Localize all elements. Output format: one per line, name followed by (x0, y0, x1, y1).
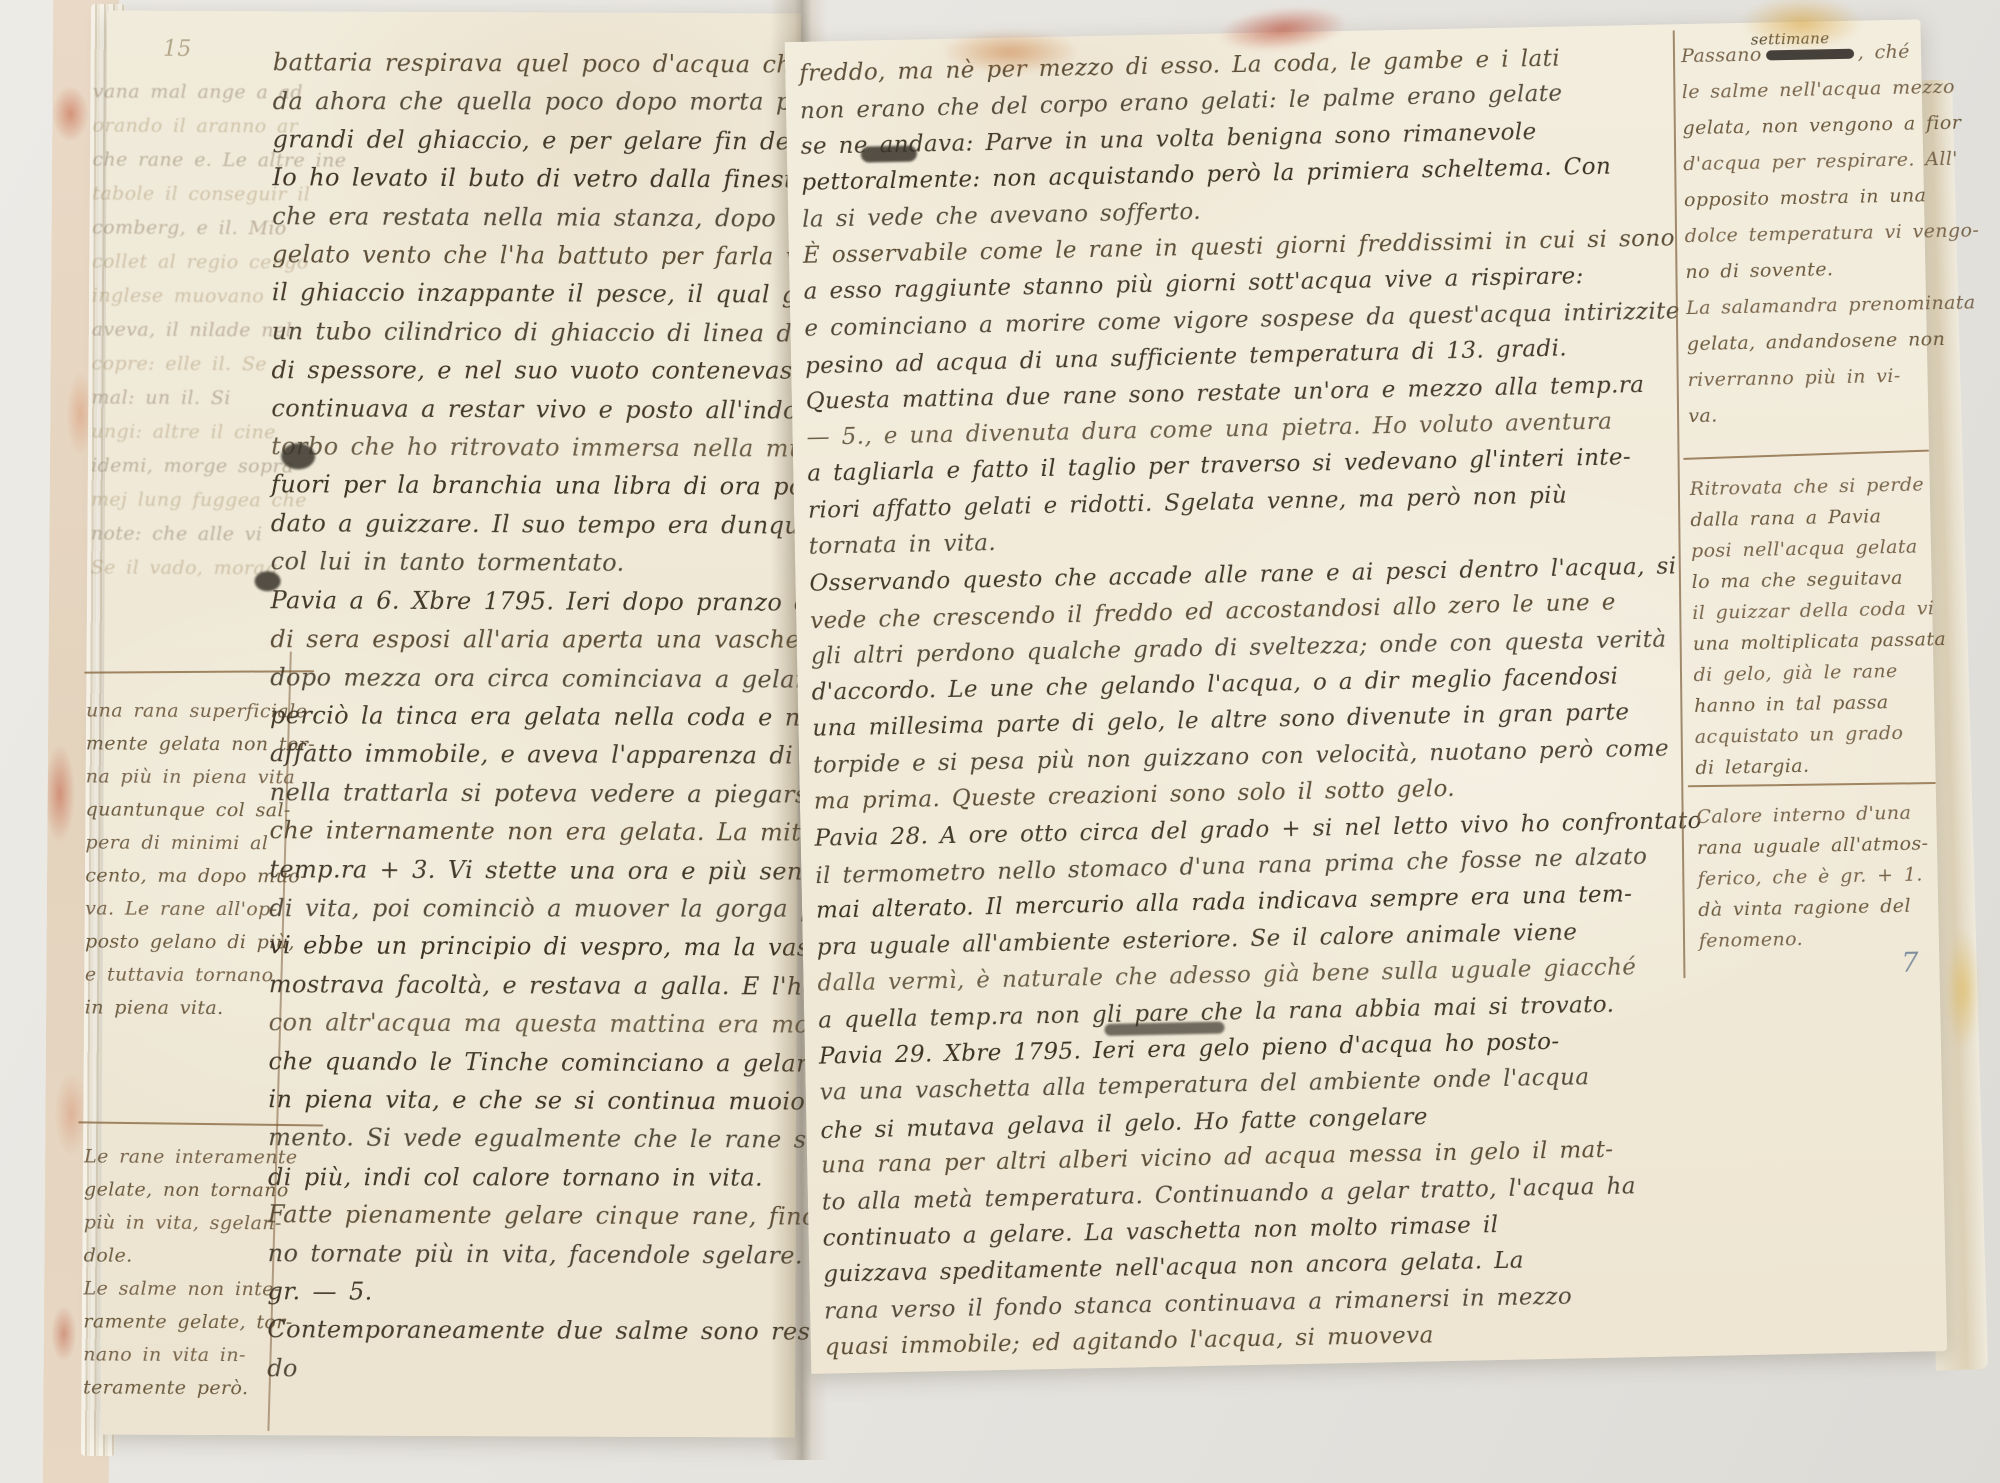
margin-note-line: teramente però. (83, 1371, 268, 1405)
bleedthrough-margin-note: vana mal ange a adorando il aranno arche… (91, 74, 273, 585)
margin-note-line: Le salme non inte- (83, 1272, 268, 1306)
ink-blot (281, 443, 315, 469)
page-number: 7 (1901, 948, 1919, 979)
manuscript-line: perciò la tinca era gelata nella coda e … (270, 696, 790, 737)
bleedthrough-line: mej lung fuggea che (91, 482, 271, 517)
margin-note-line: posto gelano di più, (85, 925, 270, 959)
manuscript-line: in piena vita, e che se si continua muoi… (268, 1080, 788, 1121)
manuscript-line: un tubo cilindrico di ghiaccio di linea … (272, 312, 792, 353)
ink-blot (1104, 1022, 1224, 1036)
left-margin-note-upper: una rana superficialemente gelata non to… (85, 694, 271, 1025)
margin-note-line: posi nell'acqua gelata (1691, 531, 1922, 567)
margin-note-line: va. (1688, 393, 1919, 434)
manuscript-line: di vita, poi cominciò a muover la gorga … (269, 889, 789, 928)
margin-note-line: pera di minimi al (85, 826, 270, 860)
margin-note-line: nano in vita in- (83, 1338, 268, 1372)
bleedthrough-line: tabole il conseguir il (92, 176, 272, 211)
margin-note-line: una moltiplicata passata (1693, 624, 1924, 660)
bleedthrough-line: Se il vado, morag (91, 550, 271, 585)
manuscript-line: che internamente non era gelata. La mità… (269, 811, 789, 852)
margin-note-line: Le rane interamente (84, 1140, 269, 1174)
manuscript-line: mostrava facoltà, e restava a galla. E l… (269, 965, 789, 1006)
manuscript-line: continuava a restar vivo e posto all'ind… (271, 389, 791, 430)
margin-note-line: va. Le rane all'op- (85, 892, 270, 926)
manuscript-line: Fatte pienamente gelare cinque rane, fin… (268, 1195, 788, 1236)
right-margin-note-mid: Ritrovata che si perdedalla rana a Pavia… (1689, 469, 1925, 784)
margin-note-line: le salme nell'acqua mezzo (1681, 70, 1912, 111)
manuscript-line: di spessore, e nel suo vuoto contenevasi… (272, 351, 792, 390)
margin-note-line: gelata, andandosene non (1687, 321, 1918, 362)
bleedthrough-line: mal: un il. Si (91, 380, 271, 415)
manuscript-line: dato a guizzare. Il suo tempo era dunque… (271, 504, 791, 545)
folio-mark: 15 (163, 37, 192, 62)
bleedthrough-line: aveva, il nilade nel (92, 312, 272, 347)
margin-note-line: ramente gelate, tor- (83, 1305, 268, 1339)
manuscript-line: gr. — 5. (267, 1272, 787, 1313)
margin-note-line: quantunque col sal- (86, 793, 271, 827)
bleedthrough-line: collet al regio cengo (92, 244, 272, 279)
margin-note-line: dà vinta ragione del (1698, 890, 1929, 926)
manuscript-line: di più, indi col calore tornano in vita. (268, 1158, 788, 1197)
margin-note-line: Calore interno d'una (1696, 797, 1927, 833)
margin-note-line: hanno in tal passa (1694, 686, 1925, 722)
manuscript-line: fuori per la branchia una libra di ora p… (271, 466, 791, 507)
margin-note-line: acquistato un grado (1694, 717, 1925, 753)
margin-note-line: dole. (84, 1239, 269, 1273)
manuscript-line: Io ho levato il buto di vetro dalla fine… (272, 158, 792, 199)
manuscript-line: affatto immobile, e aveva l'apparenza di… (270, 735, 790, 776)
bleedthrough-line: che rane e. Le altre ine (92, 142, 272, 177)
margin-note-line: no di sovente. (1685, 249, 1916, 290)
manuscript-line: che era restata nella mia stanza, dopo c… (272, 197, 792, 238)
margin-note-line: dalla rana a Pavia (1690, 500, 1921, 536)
right-margin-note-bottom: Calore interno d'unarana uguale all'atmo… (1696, 797, 1929, 957)
manuscript-line: battaria respirava quel poco d'acqua che… (273, 43, 793, 84)
manuscript-line: Contemporaneamente due salme sono restat… (267, 1311, 787, 1352)
left-margin-note-lower: Le rane interamentegelate, non tornanopi… (83, 1140, 269, 1405)
margin-note-line: dolce temperatura vi vengo- (1684, 213, 1915, 254)
manuscript-line: di sera esposi all'aria aperta una vasch… (270, 620, 790, 659)
manuscript-line: il ghiaccio inzappante il pesce, il qual… (272, 274, 792, 315)
manuscript-line: mento. Si vede egualmente che le rane si… (268, 1119, 788, 1160)
margin-note-line: più in vita, sgelan- (84, 1206, 269, 1240)
note-text-post: , ché (1857, 41, 1910, 64)
margin-note-line: ferico, che è gr. + 1. (1697, 859, 1928, 895)
margin-note-line: una rana superficiale (86, 694, 271, 728)
manuscript-line: dopo mezza ora circa cominciava a gelare… (270, 658, 790, 699)
margin-note-line: d'acqua per respirare. All' (1683, 142, 1914, 183)
manuscript-line: vi ebbe un principio di vespro, ma la va… (269, 927, 789, 968)
margin-note-line: fenomeno. (1699, 921, 1930, 957)
manuscript-line: no tornate più in vita, facendole sgelar… (268, 1234, 788, 1275)
margin-note-line: di gelo, già le rane (1693, 655, 1924, 691)
manuscript-line: che quando le Tinche cominciano a gelare… (268, 1042, 788, 1083)
right-page: freddo, ma nè per mezzo di esso. La coda… (785, 19, 1948, 1374)
note-text-pre: Passano (1681, 44, 1762, 68)
margin-note-line: mente gelata non tor- (86, 727, 271, 761)
manuscript-line: Pavia a 6. Xbre 1795. Ieri dopo pranzo d… (270, 581, 790, 622)
manuscript-line: temp.ra + 3. Vi stette una ora e più sen… (269, 850, 789, 891)
manuscript-line: da ahora che quella poco dopo morta per … (273, 83, 793, 122)
left-page: 15 vana mal ange a adorando il aranno ar… (101, 10, 801, 1437)
margin-note-line: lo ma che seguitava (1691, 562, 1922, 598)
bleedthrough-line: vana mal ange a ad (93, 74, 273, 109)
bleedthrough-line: inglese muovano (92, 278, 272, 313)
margin-note-line: il guizzar della coda vi (1692, 593, 1923, 629)
margin-note-line: di letargia. (1695, 748, 1926, 784)
margin-note-line: La salamandra prenominata (1686, 285, 1917, 326)
bleedthrough-line: copre: elle il. Se (91, 346, 271, 381)
ink-blot (861, 146, 917, 163)
manuscript-line: torbo che ho ritrovato immersa nella mud… (271, 427, 791, 468)
manuscript-line: gelato vento che l'ha battuto per farla … (272, 235, 792, 276)
gold-stain-edge (1946, 930, 1980, 1050)
margin-note-line: rana uguale all'atmos- (1697, 828, 1928, 864)
margin-note-line: Ritrovata che si perde (1689, 469, 1920, 505)
bleedthrough-line: note: che alle vi (91, 516, 271, 551)
margin-note-line: gelate, non tornano (84, 1173, 269, 1207)
manuscript-line: do (267, 1349, 787, 1390)
margin-note-line: cento, ma dopo muo- (85, 859, 270, 893)
margin-note-line: in piena vita. (85, 991, 270, 1025)
manuscript-line: con altr'acqua ma questa mattina era mor… (269, 1003, 789, 1044)
margin-note-line: na più in piena vita (86, 760, 271, 794)
bleedthrough-line: idemi, morge sopra (91, 448, 271, 483)
note-top-rest: le salme nell'acqua mezzogelata, non ven… (1681, 70, 1918, 435)
manuscript-line: col lui in tanto tormentato. (271, 542, 791, 583)
margin-note-line: e tuttavia tornano (85, 958, 270, 992)
bleedthrough-line: orando il aranno ar (93, 108, 273, 143)
left-page-text: battaria respirava quel poco d'acqua che… (267, 43, 793, 1389)
ink-blot (255, 571, 281, 591)
margin-note-line: riverranno più in vi- (1687, 357, 1918, 398)
right-page-text: freddo, ma nè per mezzo di esso. La coda… (799, 38, 1705, 1366)
bleedthrough-line: ungi: altre il cine (91, 414, 271, 449)
right-margin-rule-upper (1683, 450, 1929, 460)
manuscript-line: grandi del ghiaccio, e per gelare fin de… (272, 120, 792, 161)
rust-stain (940, 30, 1080, 74)
margin-note-line: opposito mostra in una (1684, 178, 1915, 219)
bleedthrough-line: comberg, e il. Mio (92, 210, 272, 245)
manuscript-line: nella trattarla si poteva vedere a piega… (270, 773, 790, 814)
right-margin-note-top: settimane Passano, ché le salme nell'acq… (1681, 34, 1919, 435)
margin-note-line: gelata, non vengono a fior (1682, 106, 1913, 147)
